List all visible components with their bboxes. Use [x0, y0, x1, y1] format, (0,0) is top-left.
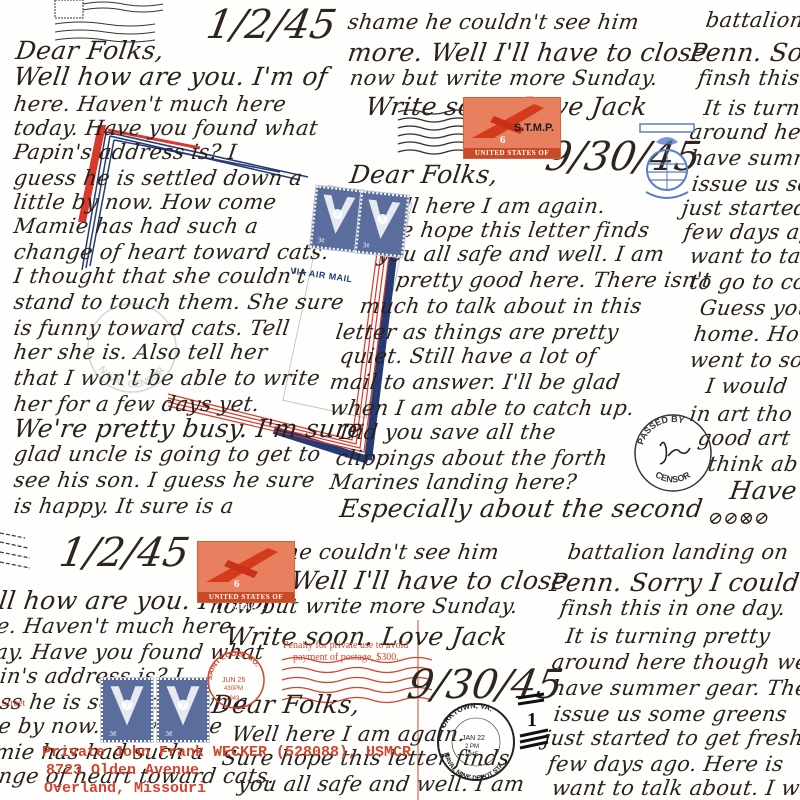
letter-line: Did you save all the — [338, 420, 557, 444]
eagle-v-stamp-icon: 3¢ — [159, 680, 207, 740]
letter-line: I would — [704, 374, 789, 398]
letter-line: clippings about the forth — [334, 446, 609, 470]
letter-line: think ab — [706, 452, 799, 476]
letter-date: 1/2/45 — [203, 2, 340, 48]
letter-line: Penn. Sorry I couldn't — [688, 38, 800, 67]
yorktown-postmark: YORKTOWN, VA. NAVAL MINE DEPOT STA. JAN … — [434, 700, 518, 784]
letter-line: Well here I am again. — [230, 722, 467, 746]
airmail-stamp: S.T.M.P. 6 UNITED STATES OF AMERICA — [463, 97, 561, 159]
letter-line: want to talk about. I was — [688, 244, 800, 268]
defense-stamp: 3¢ — [355, 191, 409, 258]
letter-line: It is turning pretty — [702, 96, 800, 120]
grade-bars-icon: 1 — [514, 688, 554, 758]
letter-line: Papin's address is? I — [12, 140, 238, 164]
letter-line: few days ago. Here is — [546, 752, 785, 776]
marine-corps-emblem-icon — [636, 122, 698, 202]
letter-line: around here though we — [550, 650, 800, 674]
censor-signature-icon — [660, 442, 690, 464]
svg-text:3¢: 3¢ — [165, 730, 173, 738]
letter-line: just started to get fresh — [680, 196, 800, 220]
letter-line: battalion landing on — [704, 8, 800, 32]
letter-line: today. Have you found what — [12, 116, 319, 140]
letter-line: Guess you — [698, 296, 800, 320]
censor-postmark: PASSED BY CENSOR — [632, 412, 714, 494]
cancel-mark: ⊘⊘⊗⊘ — [707, 508, 771, 529]
letter-line: finsh this in one day. — [558, 596, 787, 620]
svg-text:1943: 1943 — [226, 696, 240, 702]
letter-line: now but write more Sunday. — [348, 66, 659, 90]
svg-text:CENSOR: CENSOR — [654, 469, 693, 484]
eagle-v-stamp-icon: 3¢ — [103, 680, 151, 740]
eagle-v-stamp-icon: 3¢ — [312, 188, 362, 250]
svg-text:1: 1 — [527, 709, 537, 731]
saint-louis-postmark: SAINT LOUIS, MO. JUN 25 430PM 1943 — [204, 648, 268, 712]
penalty-notice: Penalty for private use to avoid — [283, 640, 408, 651]
svg-text:430PM: 430PM — [224, 686, 243, 692]
letter-line: little by now. How come — [12, 190, 278, 214]
letter-line: It is turning pretty — [564, 624, 771, 648]
letter-line: here. Haven't much here — [12, 92, 287, 116]
svg-text:3¢: 3¢ — [362, 241, 370, 250]
letter-line: glad uncle is going to get to — [12, 442, 322, 466]
overprint-text: S.T.M.P. — [514, 122, 554, 134]
letter-line: issue us some greens — [690, 172, 800, 196]
letter-line: when I am able to catch up. — [328, 396, 636, 420]
address-line: 8723 Olden Avenue — [46, 762, 199, 779]
svg-text:SAINT LOUIS, MO.: SAINT LOUIS, MO. — [207, 651, 261, 680]
letter-line: much to talk about in this — [358, 294, 643, 318]
letter-line: finsh this in one day. — [696, 66, 800, 90]
dashed-cancel-lines — [0, 533, 30, 568]
letter-line: mail to answer. I'll be glad — [328, 370, 621, 394]
letter-line: more. Well I'll have to close — [346, 38, 709, 67]
return-address-fragment: Street — [2, 698, 25, 709]
address-line: Private John Frank WECKER (528088), USMC… — [42, 744, 411, 761]
defense-stamp: 3¢ — [157, 678, 209, 742]
svg-text:PASSED BY: PASSED BY — [635, 414, 685, 446]
letter-collage-pattern: 1/2/45 Dear Folks, Well how are you. I'm… — [0, 0, 800, 800]
letter-line: I thought that she couldn't — [12, 264, 307, 288]
eagle-v-stamp-icon: 3¢ — [357, 193, 407, 255]
airplane-icon — [198, 542, 294, 592]
letter-line: is happy. It sure is a — [12, 494, 235, 518]
letter-line: battalion landing on — [566, 540, 790, 564]
airmail-stamp: 6 UNITED STATES OF AMERICA — [197, 541, 295, 603]
letter-line: home. How — [692, 322, 800, 346]
letter-line: letter as things are pretty — [334, 320, 620, 344]
letter-line: have summer gear. They — [550, 676, 800, 700]
svg-text:1945: 1945 — [465, 752, 479, 758]
defense-stamp: 3¢ — [101, 678, 153, 742]
letter-line: here. Haven't much here — [0, 614, 234, 638]
svg-text:NAVAL CENSOR: NAVAL CENSOR — [96, 364, 168, 390]
letter-line: Penn. Sorry I couldn't — [548, 568, 800, 597]
address-line: Overland, Missouri — [44, 780, 206, 797]
letter-line: few days ago. Here is — [682, 220, 800, 244]
letter-line: shame he couldn't see him — [346, 10, 640, 34]
letter-line: quiet. Still have a lot of — [338, 344, 598, 368]
letter-line: you all safe and well. I am — [376, 242, 666, 266]
svg-text:JAN 22: JAN 22 — [462, 735, 485, 742]
grade-mark: 1 — [514, 688, 554, 763]
naval-censor-postmark: NAVAL CENSOR — [84, 300, 180, 396]
letter-date: 1/2/45 — [56, 530, 193, 576]
svg-text:3¢: 3¢ — [317, 236, 325, 245]
stamp-value: 6 — [500, 134, 506, 146]
stamp-caption: UNITED STATES OF AMERICA — [198, 592, 294, 602]
letter-line: just started to get fresh — [542, 726, 800, 750]
stamp-caption: UNITED STATES OF AMERICA — [464, 148, 560, 158]
svg-text:2 PM: 2 PM — [465, 744, 479, 750]
letter-line: Well how are you. I'm of — [12, 62, 330, 91]
letter-line: went to sou — [688, 348, 800, 372]
svg-text:3¢: 3¢ — [109, 730, 117, 738]
letter-greeting: Dear Folks, — [14, 36, 166, 65]
letter-line: see his son. I guess he sure — [12, 468, 316, 492]
letter-line: Have — [728, 476, 799, 505]
letter-line: around here though we — [688, 120, 800, 144]
letter-line: have summer gear. They — [688, 146, 800, 170]
letter-line: Marines landing here? — [328, 470, 578, 494]
stamp-value: 6 — [234, 578, 240, 590]
svg-text:JUN 25: JUN 25 — [222, 677, 245, 684]
svg-text:YORKTOWN, VA.: YORKTOWN, VA. — [436, 701, 494, 734]
letter-line: Mamie has had such a — [12, 214, 260, 238]
letter-line: guess he is settled down a — [12, 166, 304, 190]
letter-greeting: Dear Folks, — [348, 160, 500, 189]
letter-line: issue us some greens — [552, 702, 788, 726]
letter-line: Especially about the second — [338, 494, 705, 523]
letter-line: want to talk about. I was — [550, 776, 800, 800]
letter-line: change of heart toward cats. — [12, 240, 330, 264]
penalty-notice: payment of postage, $300. — [293, 652, 399, 663]
letter-line: We're pretty busy. I'm sure — [12, 414, 365, 443]
letter-line: pretty good here. There isn't — [394, 268, 712, 292]
